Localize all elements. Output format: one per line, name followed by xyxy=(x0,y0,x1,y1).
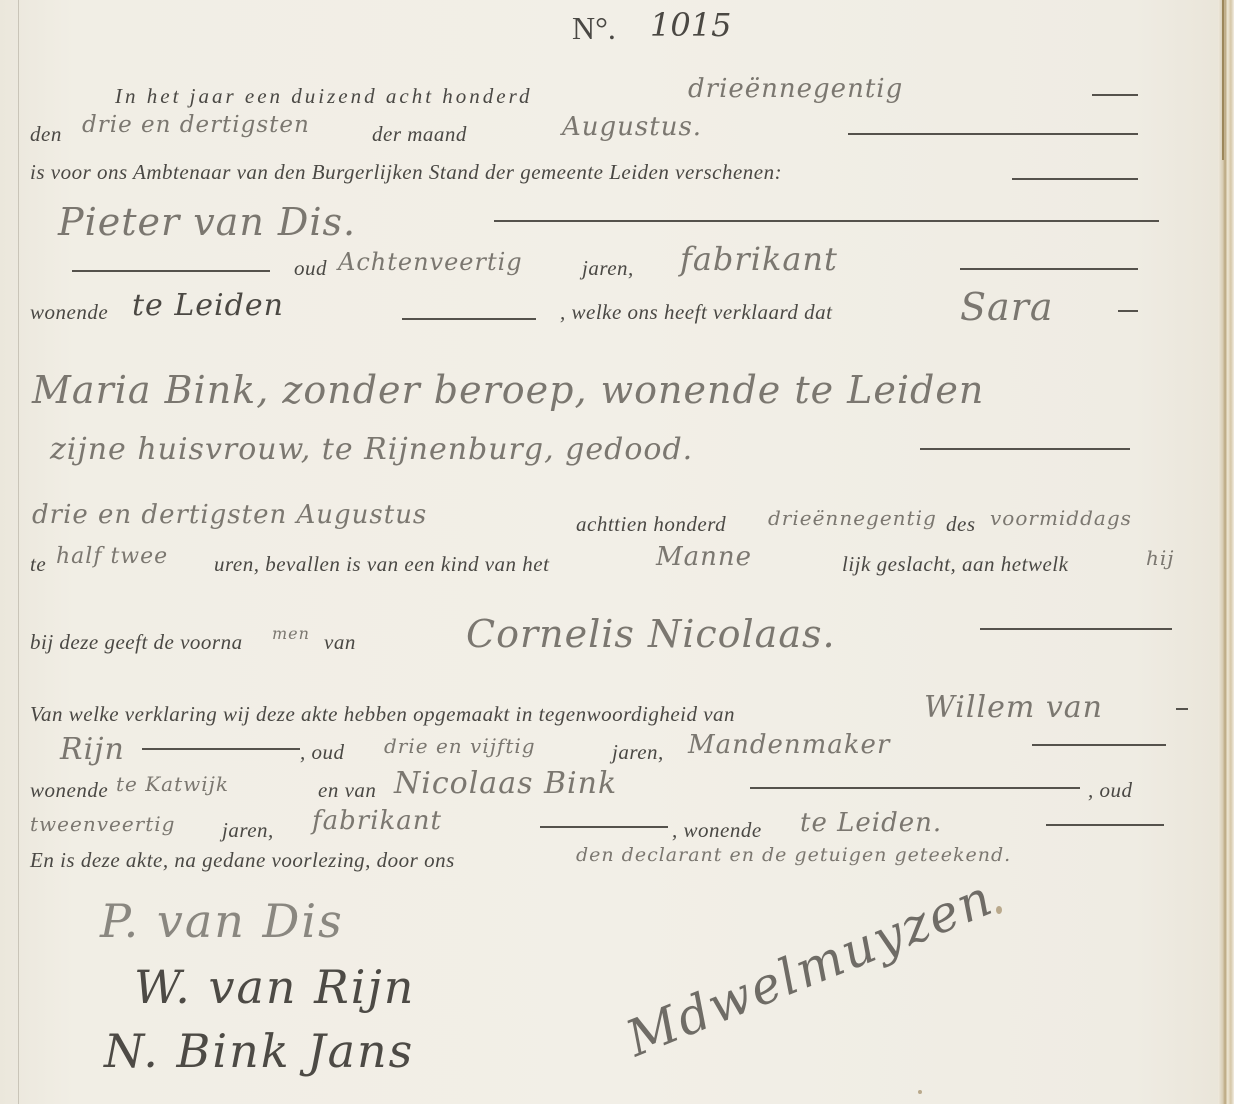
certificate-number-label: N°. xyxy=(572,10,616,47)
fill-rule xyxy=(848,133,1138,135)
binding-thread xyxy=(1222,0,1224,160)
printed-te: te xyxy=(30,552,46,577)
printed-appeared-before: is voor ons Ambtenaar van den Burgerlijk… xyxy=(30,160,782,185)
fill-rule xyxy=(540,826,668,828)
printed-oud: , oud xyxy=(300,740,345,765)
printed-jaren: jaren, xyxy=(582,256,634,281)
fill-rule xyxy=(1118,310,1138,312)
signature-declarant: P. van Dis xyxy=(100,894,344,948)
handwritten-hij: hij xyxy=(1146,546,1174,570)
printed-achttien-honderd: achttien honderd xyxy=(576,512,726,537)
register-page: N°. 1015 In het jaar een duizend acht ho… xyxy=(0,0,1234,1104)
handwritten-month: Augustus. xyxy=(562,112,702,142)
fill-rule xyxy=(980,628,1172,630)
printed-oud: , oud xyxy=(1088,778,1133,803)
handwritten-mother-first-name: Sara xyxy=(960,285,1054,329)
printed-van: van xyxy=(324,630,356,655)
page-binding xyxy=(1218,0,1234,1104)
fill-rule xyxy=(494,220,1159,222)
fill-rule xyxy=(1092,94,1138,96)
printed-wonende: wonende xyxy=(30,300,108,325)
fill-rule xyxy=(1012,178,1138,180)
handwritten-hour: half twee xyxy=(56,544,168,569)
handwritten-signed-by: den declarant en de getuigen geteekend. xyxy=(576,844,1011,866)
paper-spot xyxy=(918,1090,922,1094)
printed-witness-intro: Van welke verklaring wij deze akte hebbe… xyxy=(30,702,735,727)
handwritten-declarant-name: Pieter van Dis. xyxy=(58,200,356,244)
left-margin-line xyxy=(18,0,19,1104)
printed-declared-that: , welke ons heeft verklaard dat xyxy=(560,300,832,325)
printed-year-intro: In het jaar een duizend acht honderd xyxy=(115,84,533,109)
handwritten-witness2-residence: te Leiden. xyxy=(800,808,942,838)
handwritten-birth-date: drie en dertigsten Augustus xyxy=(32,500,427,530)
printed-en-van: en van xyxy=(318,778,376,803)
handwritten-witness2-occupation: fabrikant xyxy=(312,806,442,836)
fill-rule xyxy=(1046,824,1164,826)
handwritten-witness1-first: Willem van xyxy=(924,690,1103,725)
printed-lijk-geslacht: lijk geslacht, aan hetwelk xyxy=(842,552,1068,577)
printed-gives-names: bij deze geeft de voorna xyxy=(30,630,243,655)
fill-rule xyxy=(72,270,270,272)
handwritten-time-of-day: voormiddags xyxy=(990,506,1132,530)
fill-rule xyxy=(920,448,1130,450)
fill-rule xyxy=(960,268,1138,270)
fill-rule xyxy=(1176,708,1188,710)
handwritten-birth-year: drieënnegentig xyxy=(768,506,937,530)
handwritten-witness1-occupation: Mandenmaker xyxy=(688,730,890,760)
handwritten-witness1-residence: te Katwijk xyxy=(116,772,229,796)
handwritten-age: Achtenveertig xyxy=(338,248,523,276)
handwritten-mother-relation: zijne huisvrouw, te Rijnenburg, gedood. xyxy=(50,432,693,467)
printed-jaren: jaren, xyxy=(612,740,664,765)
handwritten-occupation: fabrikant xyxy=(680,240,838,278)
signature-witness-1: W. van Rijn xyxy=(134,960,415,1014)
printed-wonende: , wonende xyxy=(672,818,762,843)
fill-rule xyxy=(142,748,300,750)
printed-den: den xyxy=(30,122,62,147)
handwritten-child-name: Cornelis Nicolaas. xyxy=(466,612,836,656)
signature-registrar: Mdwelmuyzen xyxy=(618,868,1001,1068)
handwritten-witness2-age: tweenveertig xyxy=(30,812,175,836)
handwritten-mother-details: Maria Bink, zonder beroep, wonende te Le… xyxy=(32,368,984,412)
printed-gave-birth: uren, bevallen is van een kind van het xyxy=(214,552,549,577)
handwritten-witness2-name: Nicolaas Bink xyxy=(394,766,617,801)
handwritten-men: men xyxy=(272,624,310,643)
handwritten-residence: te Leiden xyxy=(132,288,284,323)
printed-des: des xyxy=(946,512,976,537)
fill-rule xyxy=(750,787,1080,789)
handwritten-year: drieënnegentig xyxy=(688,74,903,104)
handwritten-witness1-surname: Rijn xyxy=(60,732,125,767)
printed-wonende: wonende xyxy=(30,778,108,803)
paper-spot xyxy=(996,906,1002,914)
printed-oud: oud xyxy=(294,256,327,281)
fill-rule xyxy=(1032,744,1166,746)
fill-rule xyxy=(402,318,536,320)
printed-closing: En is deze akte, na gedane voorlezing, d… xyxy=(30,848,455,873)
certificate-number-value: 1015 xyxy=(650,6,731,44)
handwritten-witness1-age: drie en vijftig xyxy=(384,734,536,758)
handwritten-sex: Manne xyxy=(656,542,752,572)
printed-der-maand: der maand xyxy=(372,122,467,147)
signature-witness-2: N. Bink Jans xyxy=(104,1024,414,1078)
handwritten-day: drie en dertigsten xyxy=(82,112,310,138)
printed-jaren: jaren, xyxy=(222,818,274,843)
